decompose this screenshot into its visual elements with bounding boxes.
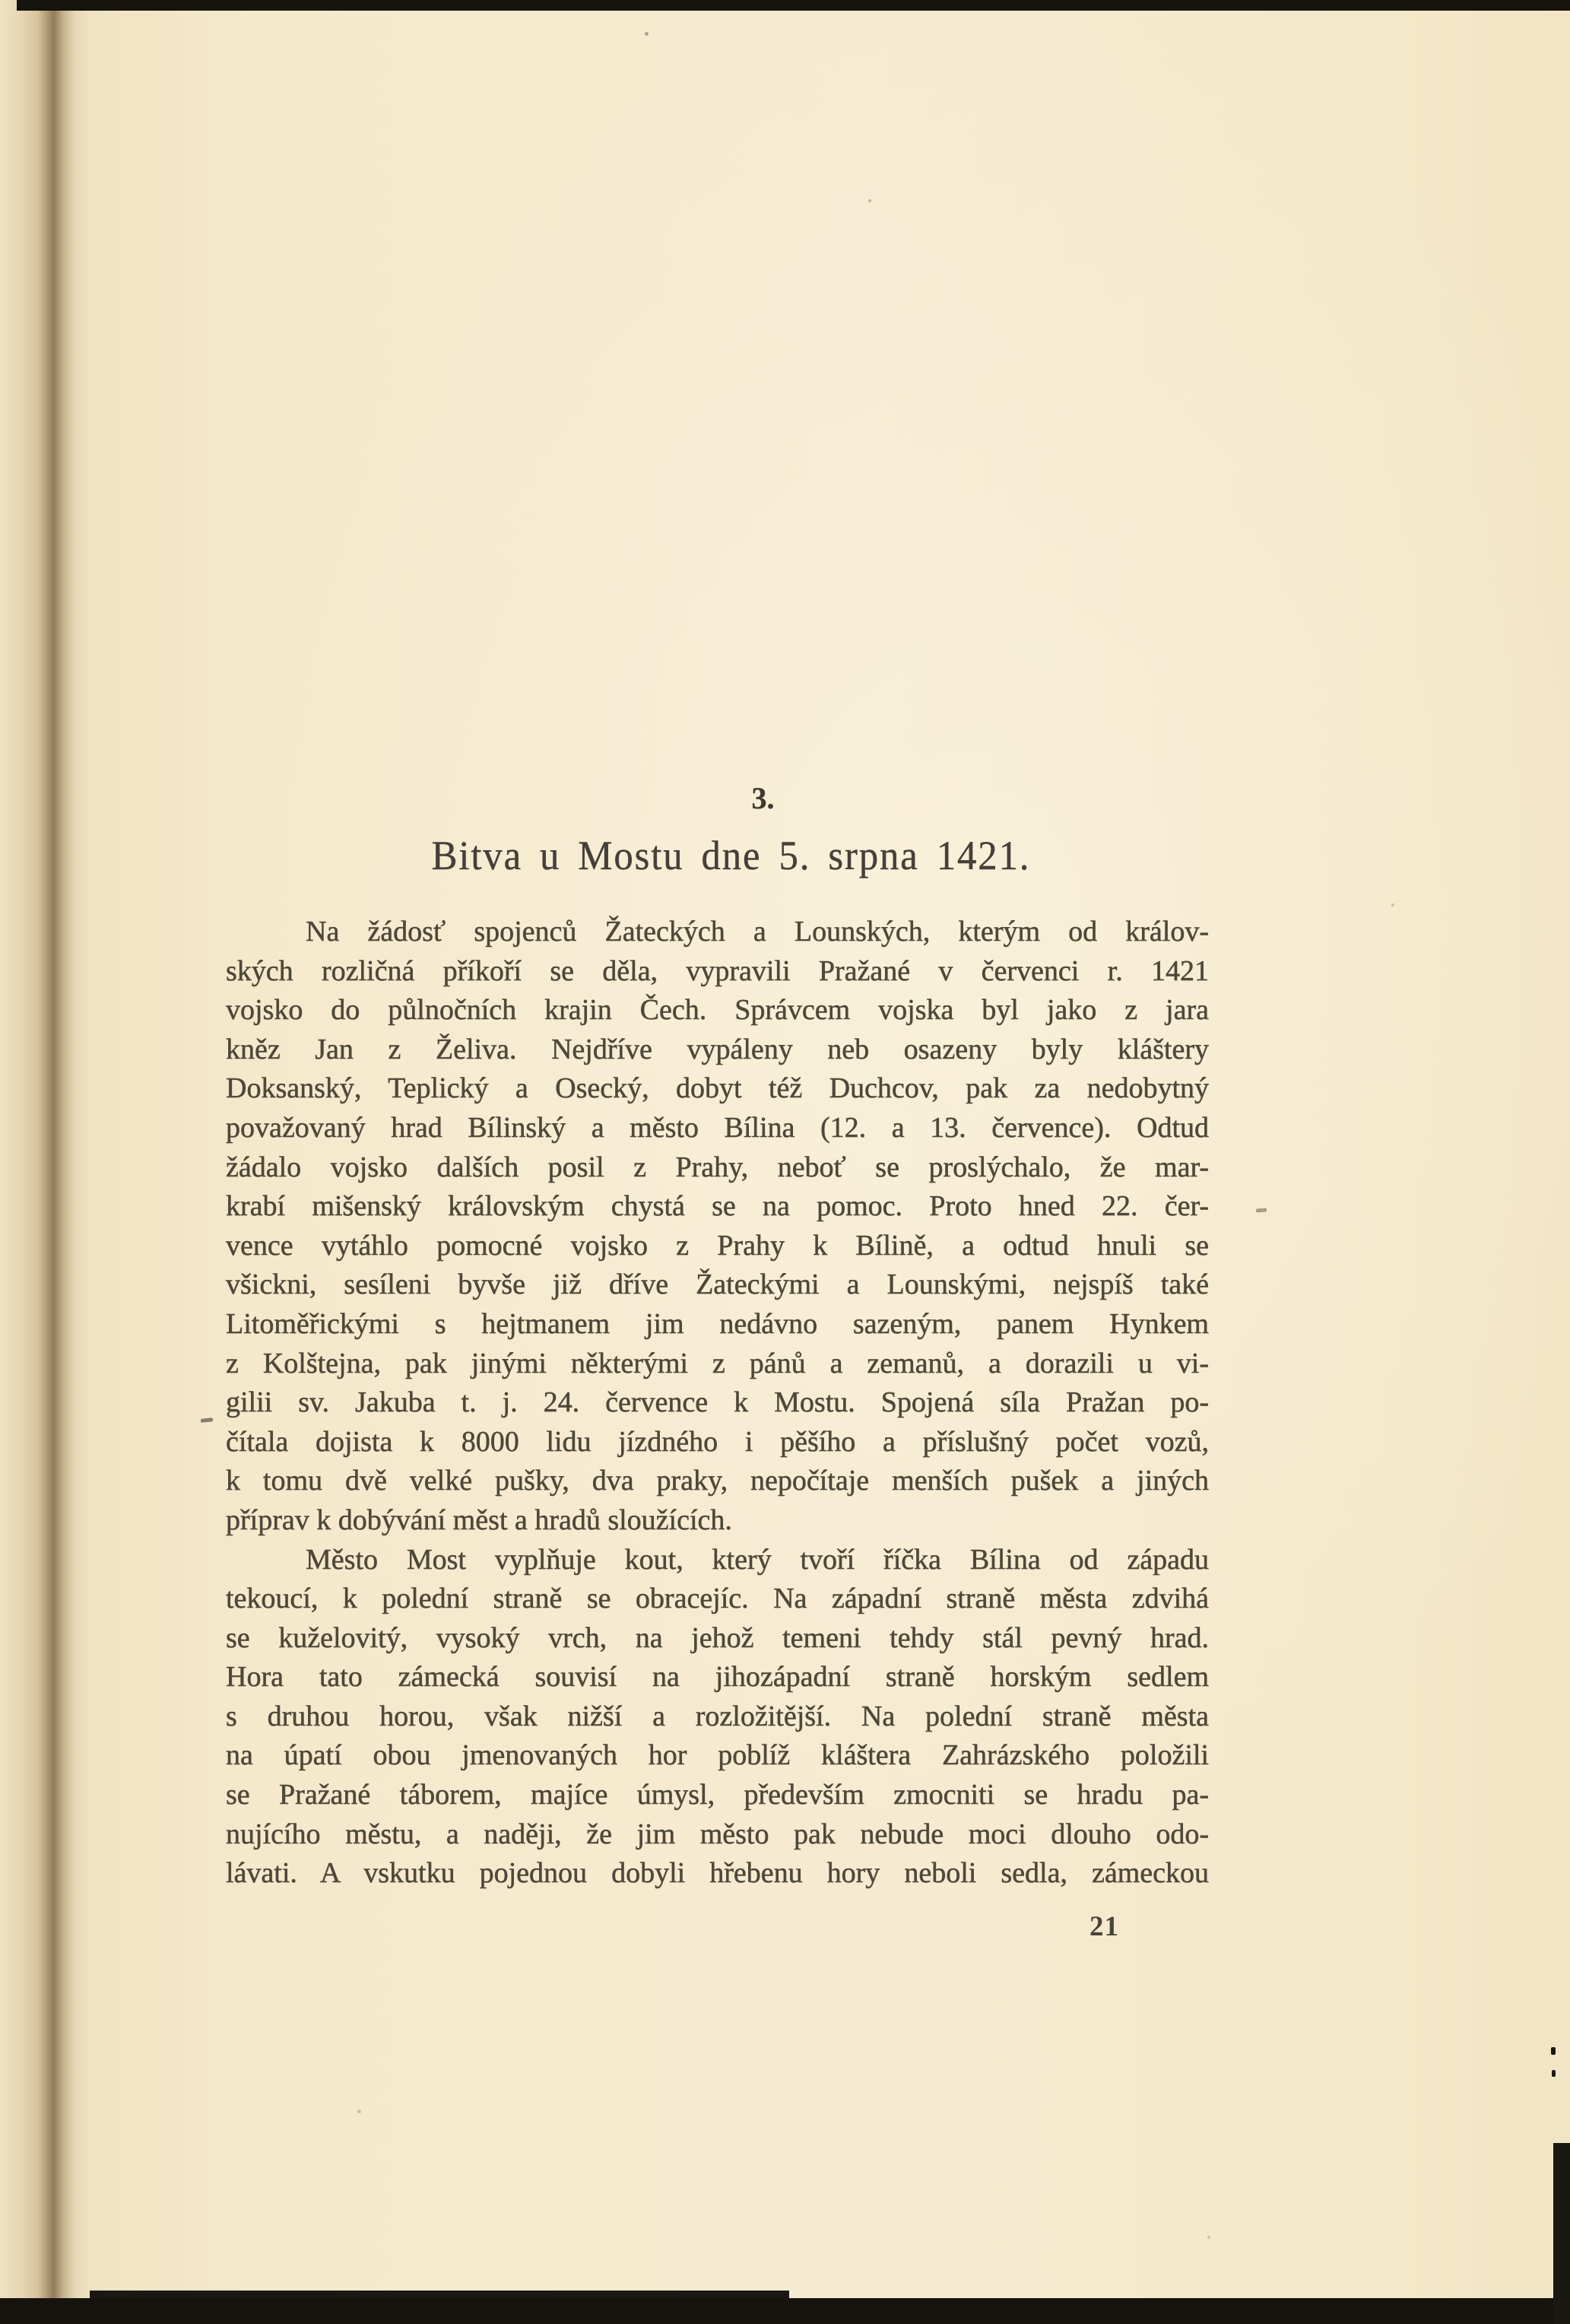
text-line: krabí mišenský královským chystá se na p… [226, 1187, 1209, 1227]
paper-speck [1207, 2236, 1210, 2239]
text-line: považovaný hrad Bílinský a město Bílina … [226, 1109, 1209, 1148]
text-line: žádalo vojsko dalších posil z Prahy, neb… [226, 1148, 1209, 1188]
text-line: na úpatí obou jmenovaných hor poblíž klá… [226, 1736, 1209, 1776]
gutter-shadow [0, 0, 90, 2324]
text-line: Litoměřickými s hejtmanem jim nedávno sa… [226, 1305, 1209, 1345]
paper-speck [1391, 903, 1394, 906]
text-line: všickni, sesíleni byvše již dříve Žateck… [226, 1265, 1209, 1305]
margin-mark [1551, 2047, 1556, 2055]
chapter-title: Bitva u Mostu dne 5. srpna 1421. [269, 832, 1193, 879]
paper-speck [645, 32, 649, 36]
text-line: z Kolštejna, pak jinými některými z pánů… [226, 1345, 1209, 1384]
text-line: ských rozličná příkoří se děla, vypravil… [226, 952, 1209, 992]
text-line: lávati. A vskutku pojednou dobyli hřeben… [226, 1854, 1209, 1894]
text-line: Město Most vyplňuje kout, který tvoří ří… [226, 1541, 1209, 1580]
margin-mark [1552, 2070, 1556, 2077]
text-line: se Pražané táborem, majíce úmysl, předev… [226, 1776, 1209, 1815]
text-line: Na žádosť spojenců Žateckých a Lounských… [226, 913, 1209, 952]
text-line: se kuželovitý, vysoký vrch, na jehož tem… [226, 1619, 1209, 1659]
text-line: kněz Jan z Želiva. Nejdříve vypáleny neb… [226, 1030, 1209, 1070]
text-line: nujícího městu, a naději, že jim město p… [226, 1815, 1209, 1855]
text-line: Hora tato zámecká souvisí na jihozápadní… [226, 1658, 1209, 1697]
paper-speck [357, 2110, 361, 2113]
text-line: Doksanský, Teplický a Osecký, dobyt též … [226, 1069, 1209, 1109]
text-line: k tomu dvě velké pušky, dva praky, nepoč… [226, 1462, 1209, 1501]
body-text: Na žádosť spojenců Žateckých a Lounských… [226, 913, 1209, 1894]
text-line: příprav k dobývání měst a hradů sloužící… [226, 1501, 1209, 1541]
bottom-edge-bar [0, 2298, 1570, 2324]
section-number: 3. [271, 780, 1254, 816]
margin-mark [201, 1418, 213, 1423]
paper-speck [868, 199, 871, 202]
right-edge-bar [1553, 2143, 1570, 2324]
top-edge-bar [17, 0, 1570, 11]
book-page-scan: 3. Bitva u Mostu dne 5. srpna 1421. Na ž… [0, 0, 1570, 2324]
text-line: vence vytáhlo pomocné vojsko z Prahy k B… [226, 1227, 1209, 1266]
text-line: gilii sv. Jakuba t. j. 24. července k Mo… [226, 1383, 1209, 1423]
text-line: čítala dojista k 8000 lidu jízdného i pě… [226, 1423, 1209, 1462]
text-line: s druhou horou, však nižší a rozložitějš… [226, 1697, 1209, 1737]
text-line: tekoucí, k polední straně se obracejíc. … [226, 1579, 1209, 1619]
page-number: 21 [1089, 1910, 1119, 1943]
margin-mark [1256, 1208, 1267, 1213]
text-line: vojsko do půlnočních krajin Čech. Správc… [226, 991, 1209, 1030]
